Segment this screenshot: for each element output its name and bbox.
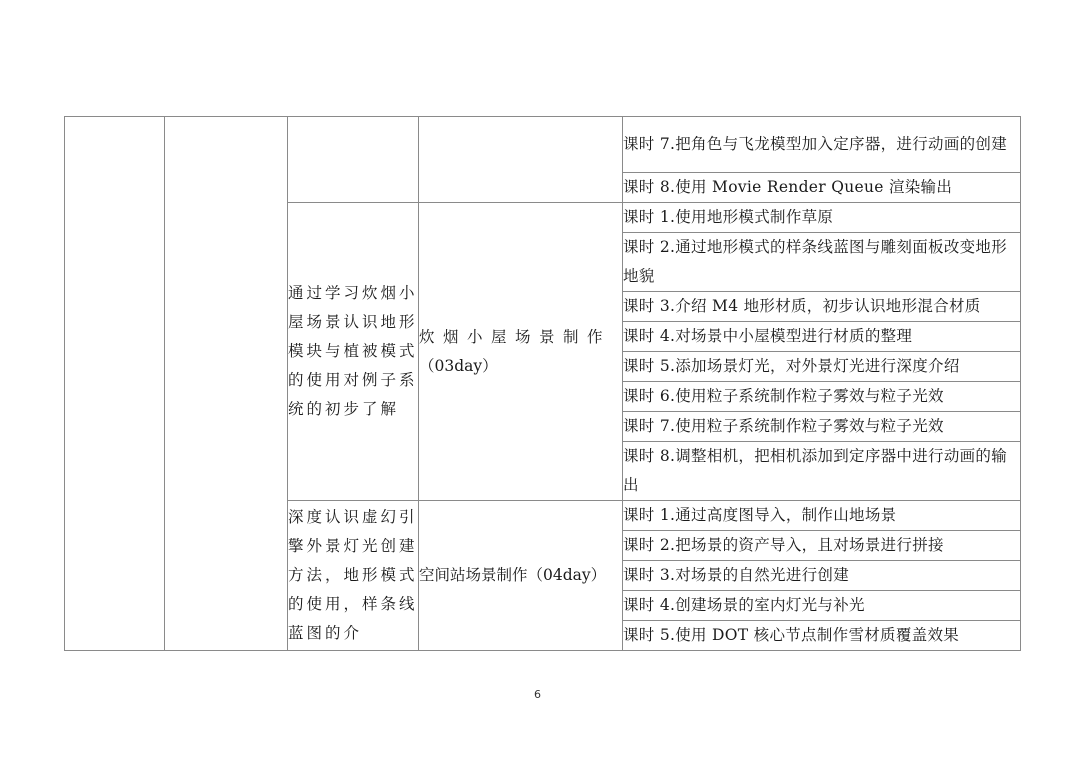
category-cell bbox=[65, 117, 165, 651]
page-number: 6 bbox=[534, 688, 541, 701]
lesson-cell: 课时 8.调整相机，把相机添加到定序器中进行动画的输出 bbox=[623, 442, 1021, 501]
lesson-cell: 课时 6.使用粒子系统制作粒子雾效与粒子光效 bbox=[623, 382, 1021, 412]
lesson-cell: 课时 3.介绍 M4 地形材质，初步认识地形混合材质 bbox=[623, 292, 1021, 322]
lesson-cell: 课时 5.添加场景灯光，对外景灯光进行深度介绍 bbox=[623, 352, 1021, 382]
module-title: 空间站场景制作（04day） bbox=[419, 566, 606, 584]
lesson-cell: 课时 2.通过地形模式的样条线蓝图与雕刻面板改变地形地貌 bbox=[623, 233, 1021, 292]
lesson-cell: 课时 5.使用 DOT 核心节点制作雪材质覆盖效果 bbox=[623, 621, 1021, 651]
goal-text: 深度认识虚幻引擎外景灯光创建方法，地形模式的使用，样条线蓝图的介 bbox=[288, 508, 418, 642]
lesson-cell: 课时 1.通过高度图导入，制作山地场景 bbox=[623, 501, 1021, 531]
goal-cell: 通过学习炊烟小屋场景认识地形模块与植被模式的使用对例子系统的初步了解 bbox=[288, 203, 419, 501]
module-duration: （03day） bbox=[419, 357, 498, 375]
lesson-cell: 课时 2.把场景的资产导入，且对场景进行拼接 bbox=[623, 531, 1021, 561]
module-cell: 空间站场景制作（04day） bbox=[419, 501, 623, 651]
lesson-cell: 课时 7.把角色与飞龙模型加入定序器，进行动画的创建 bbox=[623, 117, 1021, 173]
course-schedule-table: 课时 7.把角色与飞龙模型加入定序器，进行动画的创建 课时 8.使用 Movie… bbox=[64, 116, 1021, 651]
lesson-cell: 课时 4.对场景中小屋模型进行材质的整理 bbox=[623, 322, 1021, 352]
lesson-cell: 课时 4.创建场景的室内灯光与补光 bbox=[623, 591, 1021, 621]
module-title: 炊烟小屋场景制作 bbox=[419, 328, 611, 346]
lesson-cell: 课时 3.对场景的自然光进行创建 bbox=[623, 561, 1021, 591]
module-cell: 炊烟小屋场景制作 （03day） bbox=[419, 203, 623, 501]
lesson-cell: 课时 7.使用粒子系统制作粒子雾效与粒子光效 bbox=[623, 412, 1021, 442]
goal-text: 通过学习炊烟小屋场景认识地形模块与植被模式的使用对例子系统的初步了解 bbox=[288, 284, 418, 418]
goal-cell bbox=[288, 117, 419, 203]
lesson-cell: 课时 1.使用地形模式制作草原 bbox=[623, 203, 1021, 233]
stage-cell bbox=[165, 117, 288, 651]
document-page: 课时 7.把角色与飞龙模型加入定序器，进行动画的创建 课时 8.使用 Movie… bbox=[0, 0, 1080, 764]
goal-cell: 深度认识虚幻引擎外景灯光创建方法，地形模式的使用，样条线蓝图的介 bbox=[288, 501, 419, 651]
module-cell bbox=[419, 117, 623, 203]
lesson-cell: 课时 8.使用 Movie Render Queue 渲染输出 bbox=[623, 173, 1021, 203]
table-row: 课时 7.把角色与飞龙模型加入定序器，进行动画的创建 bbox=[65, 117, 1021, 173]
